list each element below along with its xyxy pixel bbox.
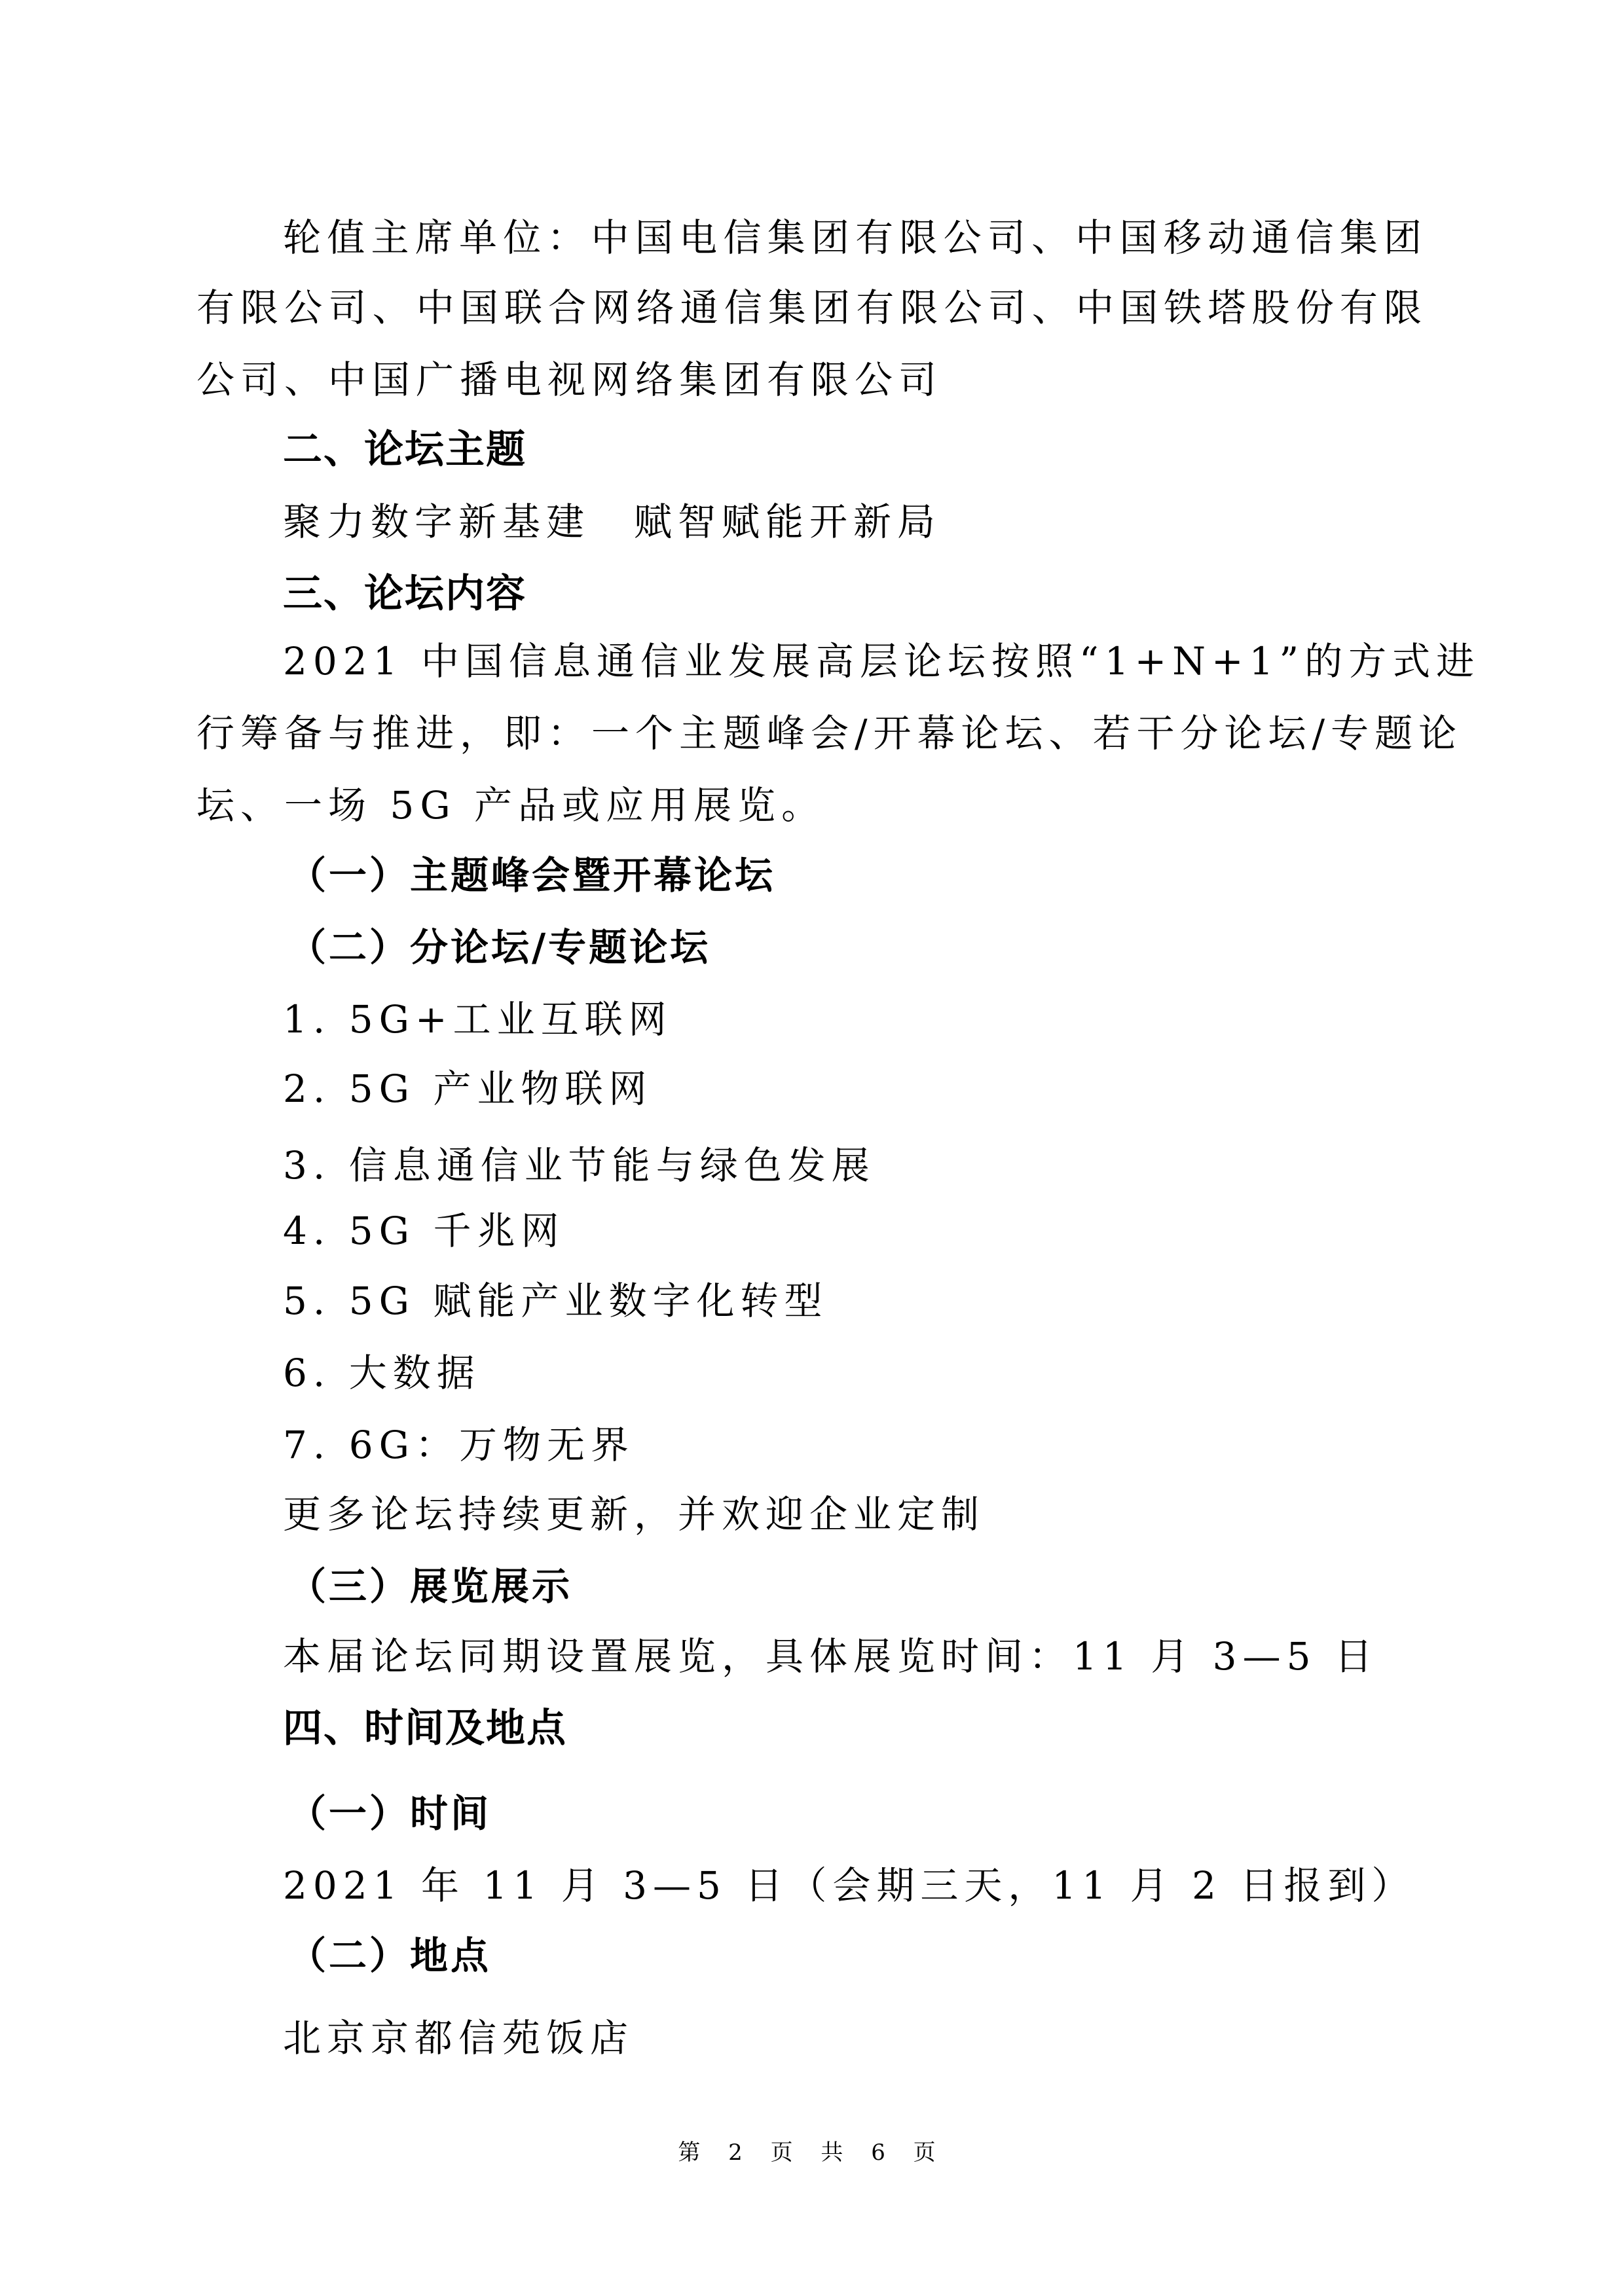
- place-text: 北京京都信苑饭店: [283, 2012, 1514, 2064]
- time-text: 2021 年 11 月 3—5 日（会期三天，11 月 2 日报到）: [283, 1859, 1514, 1912]
- document-page: 轮值主席单位：中国电信集团有限公司、中国移动通信集团 有限公司、中国联合网络通信…: [0, 0, 1624, 2296]
- page-number-footer: 第 2 页 共 6 页: [0, 2138, 1624, 2168]
- subforum-item-1: 1. 5G+工业互联网: [283, 993, 1514, 1046]
- subforum-note: 更多论坛持续更新，并欢迎企业定制: [283, 1488, 1514, 1540]
- chair-units-line-2: 有限公司、中国联合网络通信集团有限公司、中国铁塔股份有限: [196, 282, 1428, 334]
- chair-units-line-3: 公司、中国广播电视网络集团有限公司: [196, 354, 1428, 406]
- subheading-exhibition: （三）展览展示: [288, 1560, 1519, 1613]
- content-intro-line-2: 行筹备与推进，即：一个主题峰会/开幕论坛、若干分论坛/专题论: [196, 707, 1428, 759]
- section-heading-time-place: 四、时间及地点: [283, 1702, 1428, 1755]
- chair-units-line-1: 轮值主席单位：中国电信集团有限公司、中国移动通信集团: [283, 211, 1428, 264]
- subforum-item-6: 6. 大数据: [283, 1347, 1514, 1399]
- forum-theme-text: 聚力数字新基建 赋智赋能开新局: [283, 496, 1428, 548]
- section-heading-content: 三、论坛内容: [283, 568, 1428, 620]
- content-intro-line-1: 2021 中国信息通信业发展高层论坛按照“1+N+1”的方式进: [283, 635, 1428, 687]
- subforum-item-5: 5. 5G 赋能产业数字化转型: [283, 1275, 1514, 1327]
- subheading-time: （一）时间: [288, 1787, 1519, 1840]
- subheading-summit: （一）主题峰会暨开幕论坛: [288, 849, 1519, 902]
- exhibition-text: 本届论坛同期设置展览，具体展览时间：11 月 3—5 日: [283, 1630, 1514, 1683]
- content-intro-line-3: 坛、一场 5G 产品或应用展览。: [196, 779, 1428, 831]
- subforum-item-3: 3. 信息通信业节能与绿色发展: [283, 1139, 1514, 1192]
- subheading-place: （二）地点: [288, 1929, 1519, 1982]
- section-heading-theme: 二、论坛主题: [283, 424, 1428, 476]
- subforum-item-2: 2. 5G 产业物联网: [283, 1063, 1514, 1115]
- subforum-item-4: 4. 5G 千兆网: [283, 1205, 1514, 1257]
- subforum-item-7: 7. 6G：万物无界: [283, 1419, 1514, 1471]
- subheading-subforums: （二）分论坛/专题论坛: [288, 921, 1519, 974]
